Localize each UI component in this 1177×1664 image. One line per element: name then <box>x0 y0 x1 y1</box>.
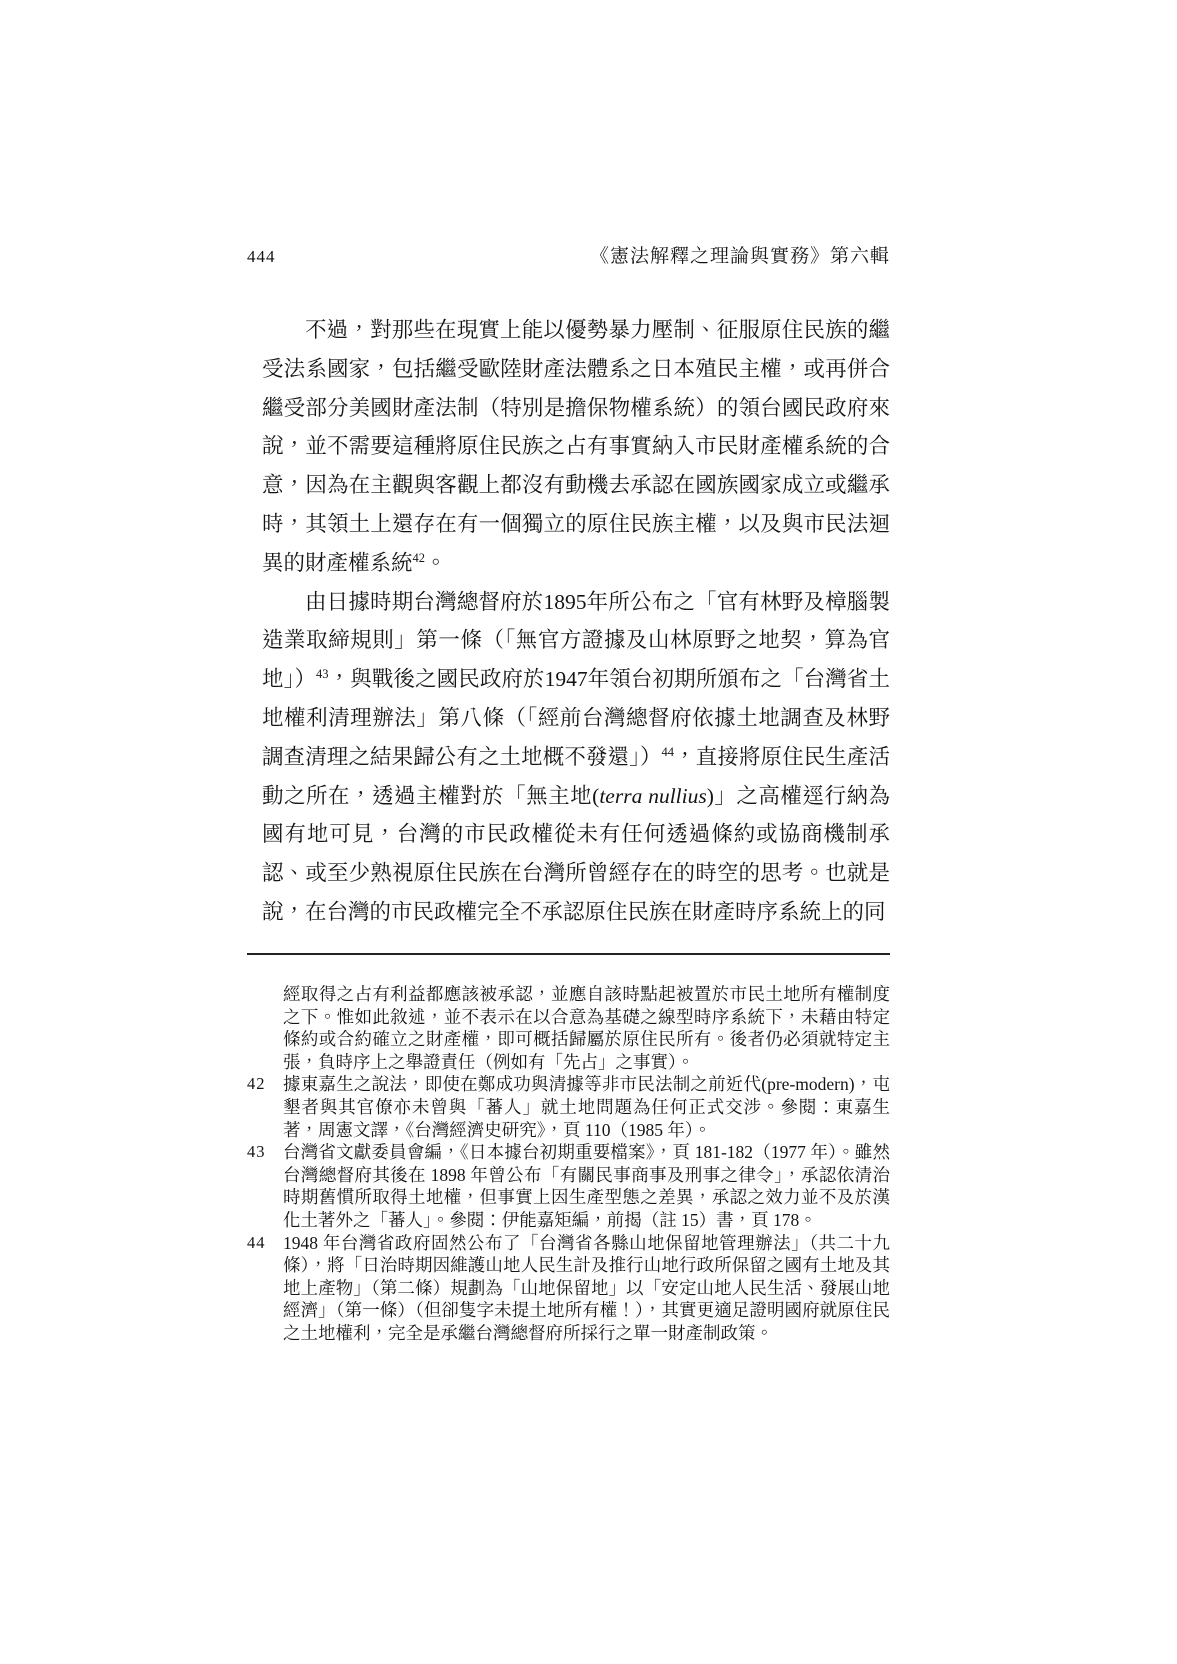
body-paragraph: 由日據時期台灣總督府於1895年所公布之「官有林野及樟腦製造業取締規則」第一條（… <box>262 583 890 932</box>
footnote-section: 經取得之占有利益都應該被承認，並應自該時點起被置於市民土地所有權制度之下。惟如此… <box>247 983 890 1345</box>
footnote-text: 1948 年台灣省政府固然公布了「台灣省各縣山地保留地管理辦法」（共二十九條），… <box>283 1232 890 1345</box>
body-text: 不過，對那些在現實上能以優勢暴力壓制、征服原住民族的繼受法系國家，包括繼受歐陸財… <box>262 311 890 932</box>
footnote-item: 43 台灣省文獻委員會編，《日本據台初期重要檔案》，頁 181-182（1977… <box>247 1141 890 1231</box>
footnote-number: 42 <box>247 1073 283 1096</box>
page-number: 444 <box>247 247 276 267</box>
footnote-text: 台灣省文獻委員會編，《日本據台初期重要檔案》，頁 181-182（1977 年）… <box>283 1141 890 1231</box>
footnote-number: 43 <box>247 1141 283 1164</box>
footnote-divider <box>247 953 890 955</box>
footnote-item: 42 據東嘉生之說法，即使在鄭成功與清據等非市民法制之前近代(pre-moder… <box>247 1073 890 1141</box>
footnote-item: 44 1948 年台灣省政府固然公布了「台灣省各縣山地保留地管理辦法」（共二十九… <box>247 1232 890 1345</box>
body-paragraph: 不過，對那些在現實上能以優勢暴力壓制、征服原住民族的繼受法系國家，包括繼受歐陸財… <box>262 311 890 583</box>
footnote-text: 據東嘉生之說法，即使在鄭成功與清據等非市民法制之前近代(pre-modern)，… <box>283 1073 890 1141</box>
footnote-continuation: 經取得之占有利益都應該被承認，並應自該時點起被置於市民土地所有權制度之下。惟如此… <box>283 983 890 1073</box>
document-page: 444 《憲法解釋之理論與實務》第六輯 不過，對那些在現實上能以優勢暴力壓制、征… <box>0 0 1177 1664</box>
footnote-number: 44 <box>247 1232 283 1255</box>
page-header: 444 《憲法解釋之理論與實務》第六輯 <box>247 241 890 268</box>
running-title: 《憲法解釋之理論與實務》第六輯 <box>590 241 890 268</box>
